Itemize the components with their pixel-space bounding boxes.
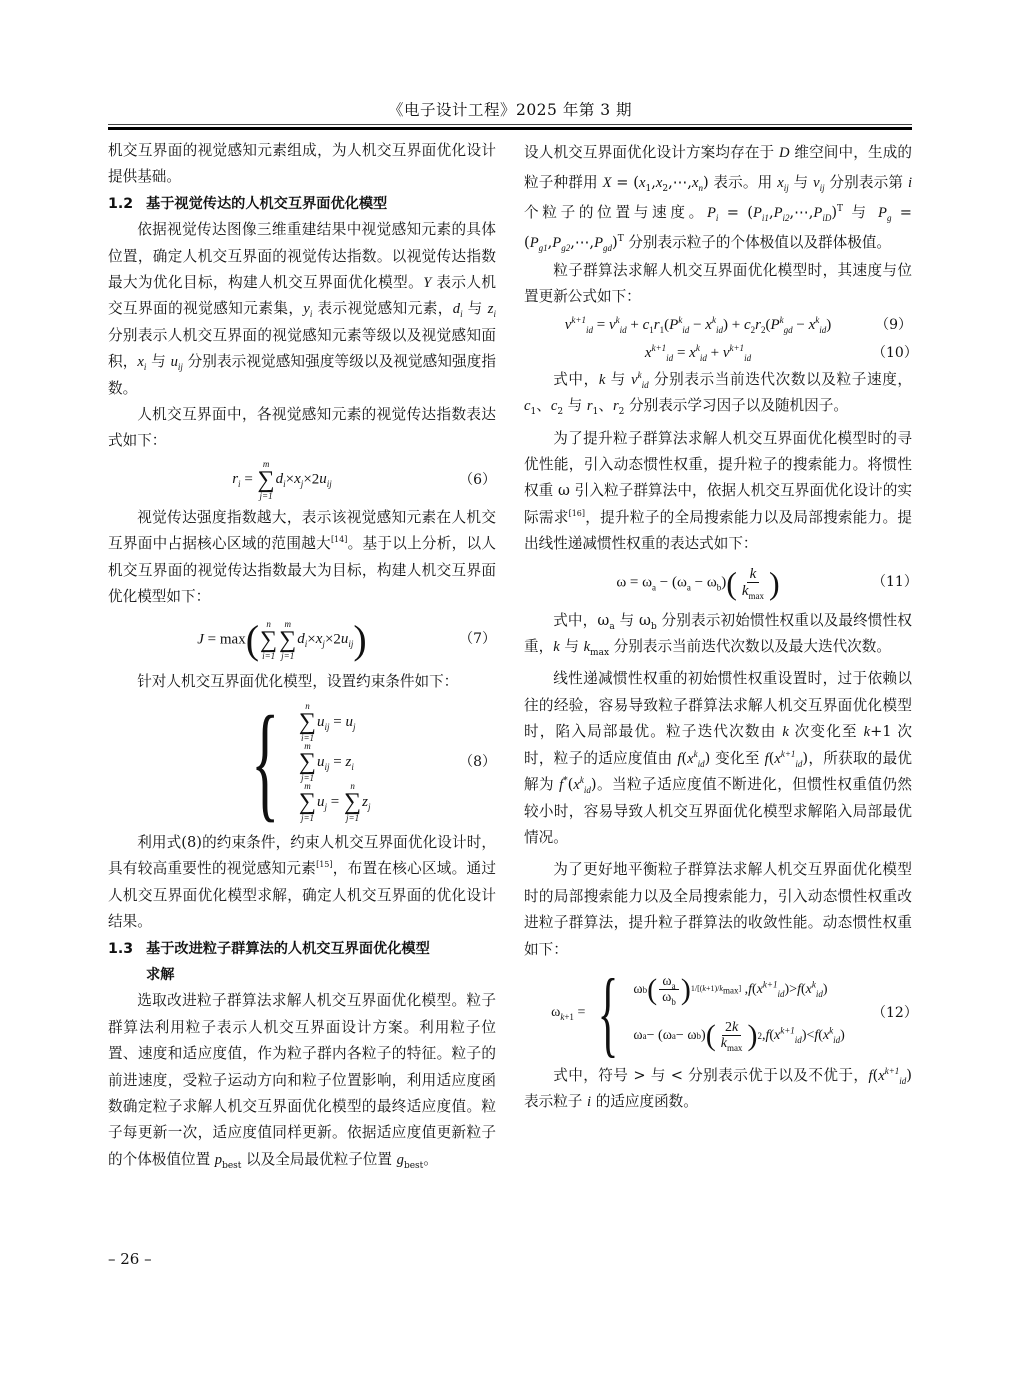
- paragraph: 视觉传达强度指数越大，表示该视觉感知元素在人机交互界面中占据核心区域的范围越大[…: [108, 505, 496, 611]
- header-rule-thin: [108, 124, 912, 125]
- paragraph: 线性递减惯性权重的初始惯性权重设置时，过于依赖以往的经验，容易导致粒子群算法求解…: [524, 666, 912, 851]
- paragraph: 依据视觉传达图像三维重建结果中视觉感知元素的具体位置，确定人机交互界面的视觉传达…: [108, 217, 496, 402]
- section-heading-1-2: 1.2基于视觉传达的人机交互界面优化模型: [108, 191, 496, 217]
- left-column: 机交互界面的视觉感知元素组成，为人机交互界面优化设计提供基础。 1.2基于视觉传…: [108, 138, 496, 1173]
- right-column: 设人机交互界面优化设计方案均存在于 D 维空间中，生成的粒子种群用 X = (x…: [524, 138, 912, 1116]
- equation-8: { n∑i=1uij = uj m∑j=1uij = zi m∑j=1uj = …: [108, 695, 496, 830]
- paragraph: 粒子群算法求解人机交互界面优化模型时，其速度与位置更新公式如下：: [524, 258, 912, 311]
- paragraph: 为了更好地平衡粒子群算法求解人机交互界面优化模型时的局部搜索能力以及全局搜索能力…: [524, 857, 912, 963]
- paragraph: 式中，符号 > 与 < 分别表示优于以及不优于，f(xk+1id) 表示粒子 i…: [524, 1063, 912, 1116]
- section-heading-1-3: 1.3基于改进粒子群算法的人机交互界面优化模型 求解: [108, 936, 496, 989]
- paragraph: 式中，ωa 与 ωb 分别表示初始惯性权重以及最终惯性权重，k 与 kmax 分…: [524, 608, 912, 661]
- journal-title: 《电子设计工程》: [388, 101, 516, 119]
- paragraph: 为了提升粒子群算法求解人机交互界面优化模型时的寻优性能，引入动态惯性权重，提升粒…: [524, 426, 912, 558]
- equation-9: vk+1id = vkid + c1r1(Pkid − xkid) + c2r2…: [524, 311, 912, 339]
- paragraph: 机交互界面的视觉感知元素组成，为人机交互界面优化设计提供基础。: [108, 138, 496, 191]
- running-header: 《电子设计工程》2025 年第 3 期: [108, 98, 912, 120]
- paragraph: 针对人机交互界面优化模型，设置约束条件如下：: [108, 669, 496, 695]
- paragraph: 利用式(8)的约束条件，约束人机交互界面优化设计时，具有较高重要性的视觉感知元素…: [108, 830, 496, 936]
- equation-10: xk+1id = xkid + vk+1id （10）: [524, 339, 912, 367]
- equation-7: J = max(n∑i=1m∑j=1di×xj×2uij) （7）: [108, 611, 496, 669]
- header-rule-thick: [108, 127, 912, 130]
- paragraph: 式中，k 与 vkid 分别表示当前迭代次数以及粒子速度，c1、c2 与 r1、…: [524, 367, 912, 420]
- paragraph: 人机交互界面中，各视觉感知元素的视觉传达指数表达式如下：: [108, 402, 496, 455]
- paragraph: 选取改进粒子群算法求解人机交互界面优化模型。粒子群算法利用粒子表示人机交互界面设…: [108, 988, 496, 1173]
- page-number: – 26 –: [108, 1250, 152, 1268]
- equation-6: ri = m∑j=1di×xj×2uij （6）: [108, 455, 496, 505]
- paragraph: 设人机交互界面优化设计方案均存在于 D 维空间中，生成的粒子种群用 X = (x…: [524, 138, 912, 258]
- equation-11: ω = ωa − (ωa − ωb)(kkmax) （11）: [524, 558, 912, 608]
- issue-label: 2025 年第 3 期: [516, 101, 632, 119]
- equation-12: ωk+1 = { ωb(ωaωb)1/[(k+1)/kmax] ,f(xk+1i…: [524, 963, 912, 1063]
